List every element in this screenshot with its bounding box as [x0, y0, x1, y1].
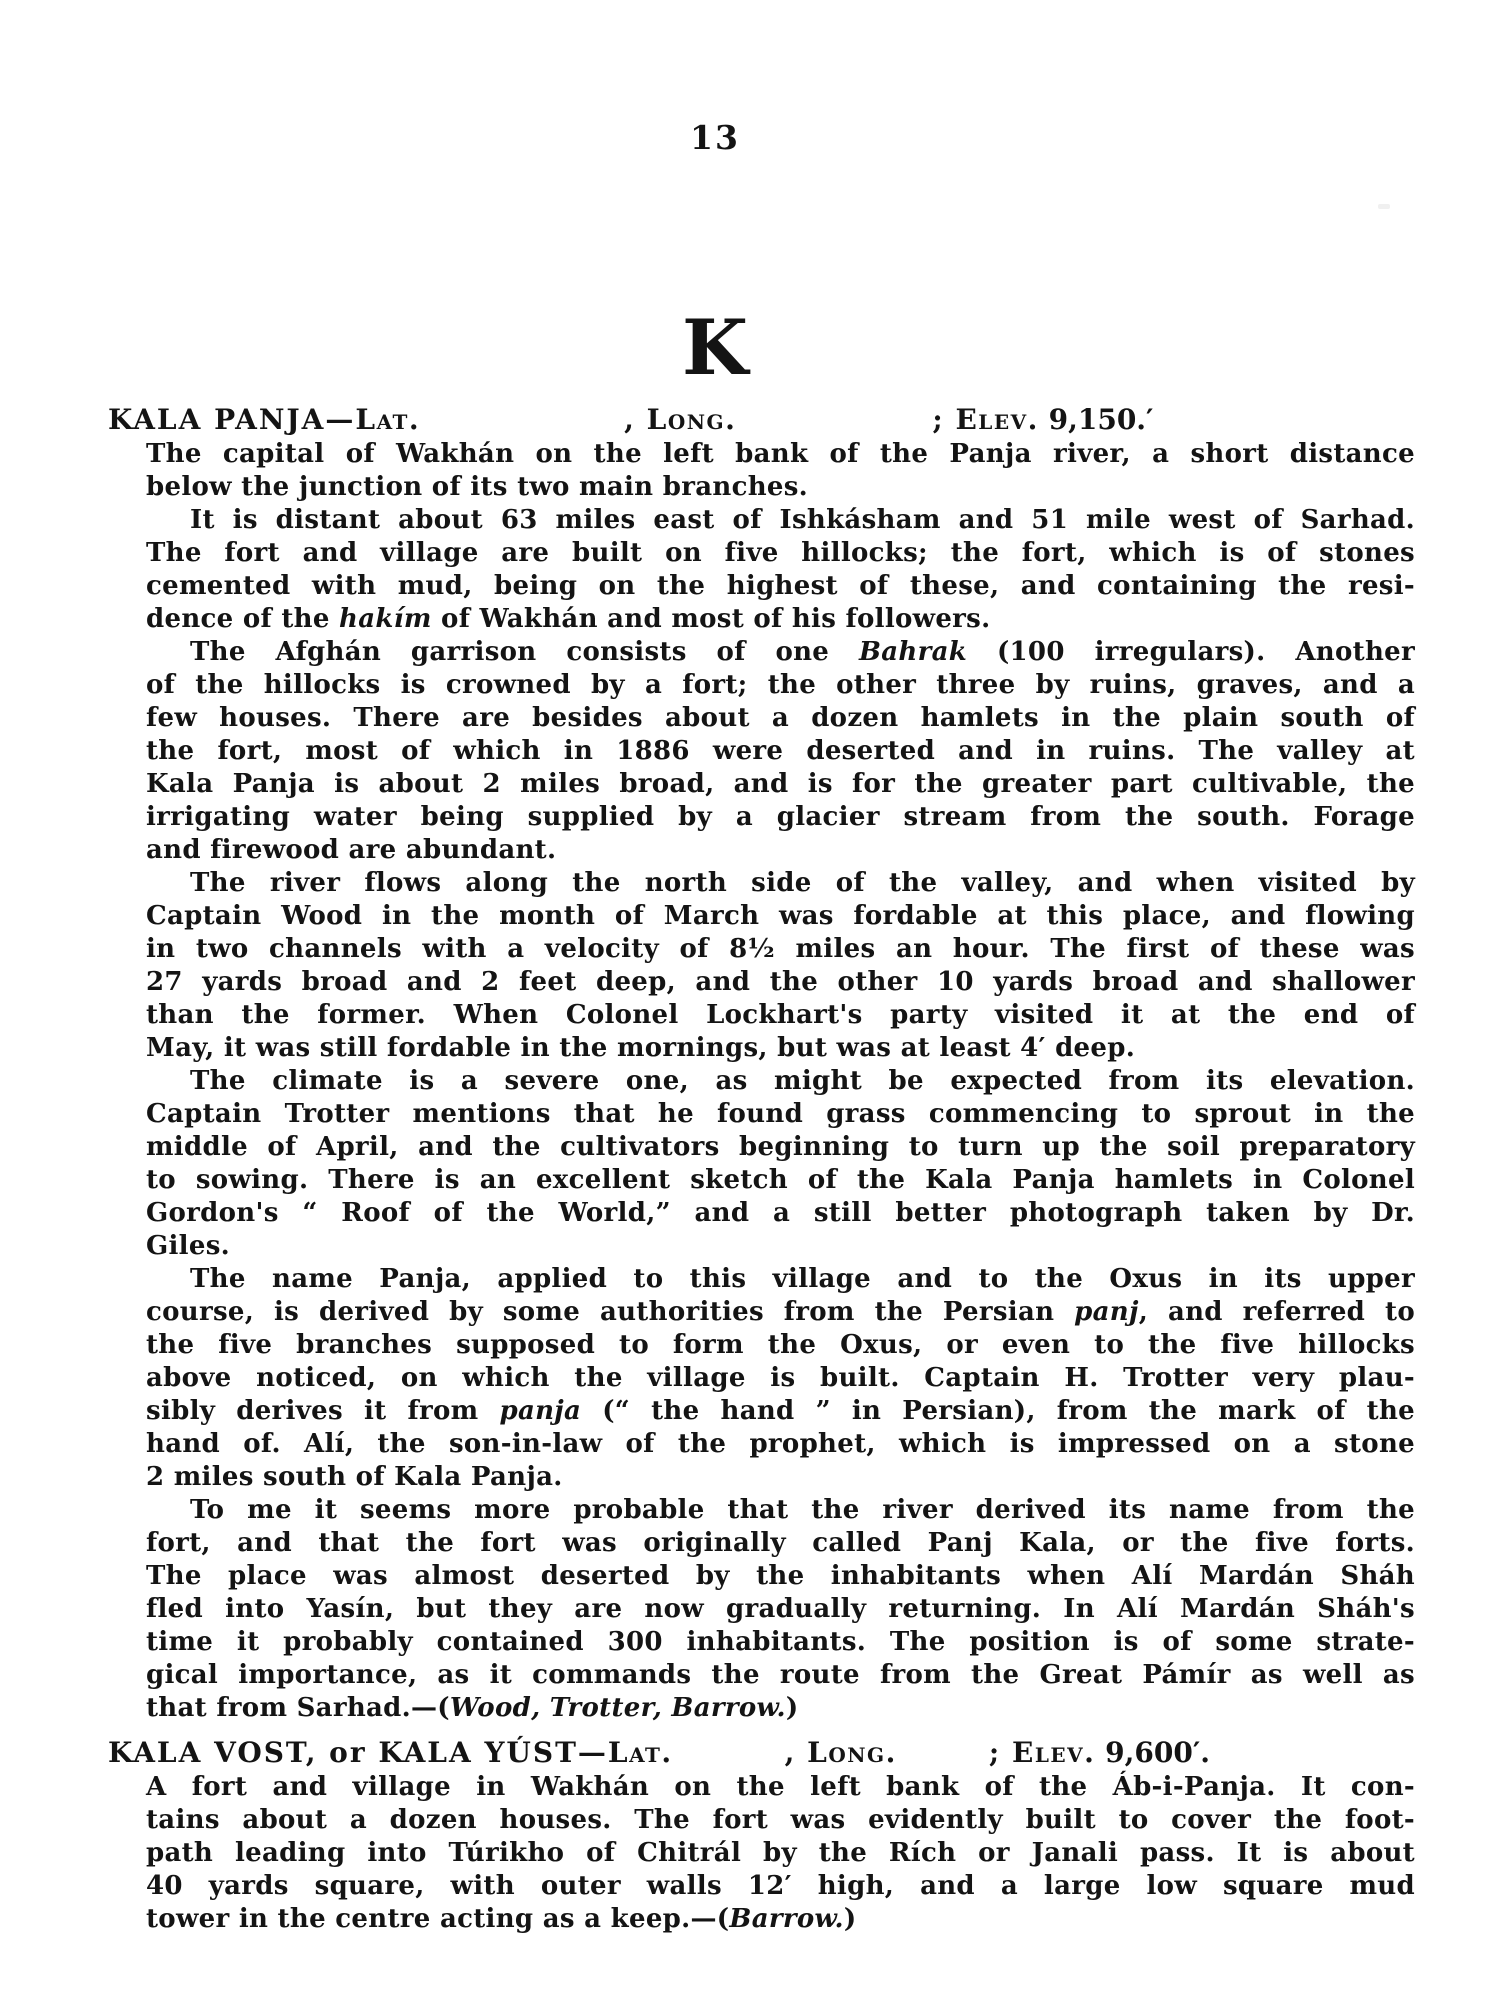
paragraph: The climate is a severe one, as might be…: [146, 1065, 1415, 1263]
text-line: sibly derives it from panja (“ the hand …: [146, 1395, 1415, 1428]
latitude-label: Lat.: [355, 403, 420, 436]
paragraph: To me it seems more probable that the ri…: [146, 1494, 1415, 1725]
text-line: A fort and village in Wakhán on the left…: [146, 1771, 1415, 1804]
longitude-blank: [897, 1761, 989, 1762]
text-line: middle of April, and the cultivators beg…: [146, 1131, 1415, 1164]
text-line: gical importance, as it commands the rou…: [146, 1659, 1415, 1692]
text-line: the five branches supposed to form the O…: [146, 1329, 1415, 1362]
entry-heading: KALA PANJA—Lat., Long.; Elev. 9,150.′: [108, 402, 1415, 438]
entries: KALA PANJA—Lat., Long.; Elev. 9,150.′The…: [108, 402, 1415, 1936]
text-line: The name Panja, applied to this village …: [146, 1263, 1415, 1296]
text-line: tains about a dozen houses. The fort was…: [146, 1804, 1415, 1837]
text-line: May, it was still fordable in the mornin…: [146, 1032, 1415, 1065]
text-line: The place was almost deserted by the inh…: [146, 1560, 1415, 1593]
text-line: tower in the centre acting as a keep.—(B…: [146, 1903, 1415, 1936]
text-line: cemented with mud, being on the highest …: [146, 570, 1415, 603]
elevation-label: ; Elev.: [989, 1736, 1096, 1769]
text-line: to sowing. There is an excellent sketch …: [146, 1164, 1415, 1197]
paragraph: The Afghán garrison consists of one Bahr…: [146, 636, 1415, 867]
entry-heading: KALA VOST, or KALA YÚST—Lat., Long.; Ele…: [108, 1735, 1415, 1771]
text-line: dence of the hakím of Wakhán and most of…: [146, 603, 1415, 636]
entry-body: The capital of Wakhán on the left bank o…: [146, 438, 1415, 1725]
paragraph: It is distant about 63 miles east of Ish…: [146, 504, 1415, 636]
elevation-label: ; Elev.: [932, 403, 1039, 436]
text-line: few houses. There are besides about a do…: [146, 702, 1415, 735]
text-line: above noticed, on which the village is b…: [146, 1362, 1415, 1395]
text-line: Kala Panja is about 2 miles broad, and i…: [146, 768, 1415, 801]
elevation-value: 9,600′.: [1095, 1736, 1210, 1769]
entry-title: KALA VOST, or KALA YÚST—: [108, 1736, 608, 1769]
gazetteer-entry: KALA VOST, or KALA YÚST—Lat., Long.; Ele…: [108, 1735, 1415, 1936]
text-line: than the former. When Colonel Lockhart's…: [146, 999, 1415, 1032]
section-letter: K: [0, 308, 1430, 388]
text-line: 27 yards broad and 2 feet deep, and the …: [146, 966, 1415, 999]
text-line: the fort, most of which in 1886 were des…: [146, 735, 1415, 768]
text-line: To me it seems more probable that the ri…: [146, 1494, 1415, 1527]
text-line: in two channels with a velocity of 8½ mi…: [146, 933, 1415, 966]
paragraph: A fort and village in Wakhán on the left…: [146, 1771, 1415, 1936]
elevation-value: 9,150.′: [1039, 403, 1154, 436]
text-line: of the hillocks is crowned by a fort; th…: [146, 669, 1415, 702]
text-line: below the junction of its two main branc…: [146, 471, 1415, 504]
text-line: The capital of Wakhán on the left bank o…: [146, 438, 1415, 471]
longitude-label: , Long.: [785, 1736, 897, 1769]
scanned-page: 13 K KALA PANJA—Lat., Long.; Elev. 9,150…: [0, 0, 1500, 2000]
longitude-blank: [736, 428, 932, 429]
scan-artifact: [1378, 204, 1390, 209]
gazetteer-entry: KALA PANJA—Lat., Long.; Elev. 9,150.′The…: [108, 402, 1415, 1725]
text-line: that from Sarhad.—(Wood, Trotter, Barrow…: [146, 1692, 1415, 1725]
paragraph: The name Panja, applied to this village …: [146, 1263, 1415, 1494]
latitude-blank: [673, 1761, 785, 1762]
entry-body: A fort and village in Wakhán on the left…: [146, 1771, 1415, 1936]
latitude-blank: [420, 428, 624, 429]
text-line: path leading into Túrikho of Chitrál by …: [146, 1837, 1415, 1870]
text-line: Gordon's “ Roof of the World,” and a sti…: [146, 1197, 1415, 1230]
longitude-label: , Long.: [624, 403, 736, 436]
text-line: 2 miles south of Kala Panja.: [146, 1461, 1415, 1494]
text-line: 40 yards square, with outer walls 12′ hi…: [146, 1870, 1415, 1903]
text-line: fort, and that the fort was originally c…: [146, 1527, 1415, 1560]
paragraph: The river flows along the north side of …: [146, 867, 1415, 1065]
text-line: fled into Yasín, but they are now gradua…: [146, 1593, 1415, 1626]
text-line: Captain Trotter mentions that he found g…: [146, 1098, 1415, 1131]
text-line: Captain Wood in the month of March was f…: [146, 900, 1415, 933]
text-line: Giles.: [146, 1230, 1415, 1263]
text-line: The fort and village are built on five h…: [146, 537, 1415, 570]
text-line: hand of. Alí, the son-in-law of the prop…: [146, 1428, 1415, 1461]
text-line: The Afghán garrison consists of one Bahr…: [146, 636, 1415, 669]
text-line: and firewood are abundant.: [146, 834, 1415, 867]
text-line: course, is derived by some authorities f…: [146, 1296, 1415, 1329]
text-line: time it probably contained 300 inhabitan…: [146, 1626, 1415, 1659]
text-line: irrigating water being supplied by a gla…: [146, 801, 1415, 834]
entry-title: KALA PANJA—: [108, 403, 355, 436]
page-number: 13: [0, 118, 1430, 157]
paragraph: The capital of Wakhán on the left bank o…: [146, 438, 1415, 504]
latitude-label: Lat.: [608, 1736, 673, 1769]
text-line: The river flows along the north side of …: [146, 867, 1415, 900]
text-line: The climate is a severe one, as might be…: [146, 1065, 1415, 1098]
text-line: It is distant about 63 miles east of Ish…: [146, 504, 1415, 537]
